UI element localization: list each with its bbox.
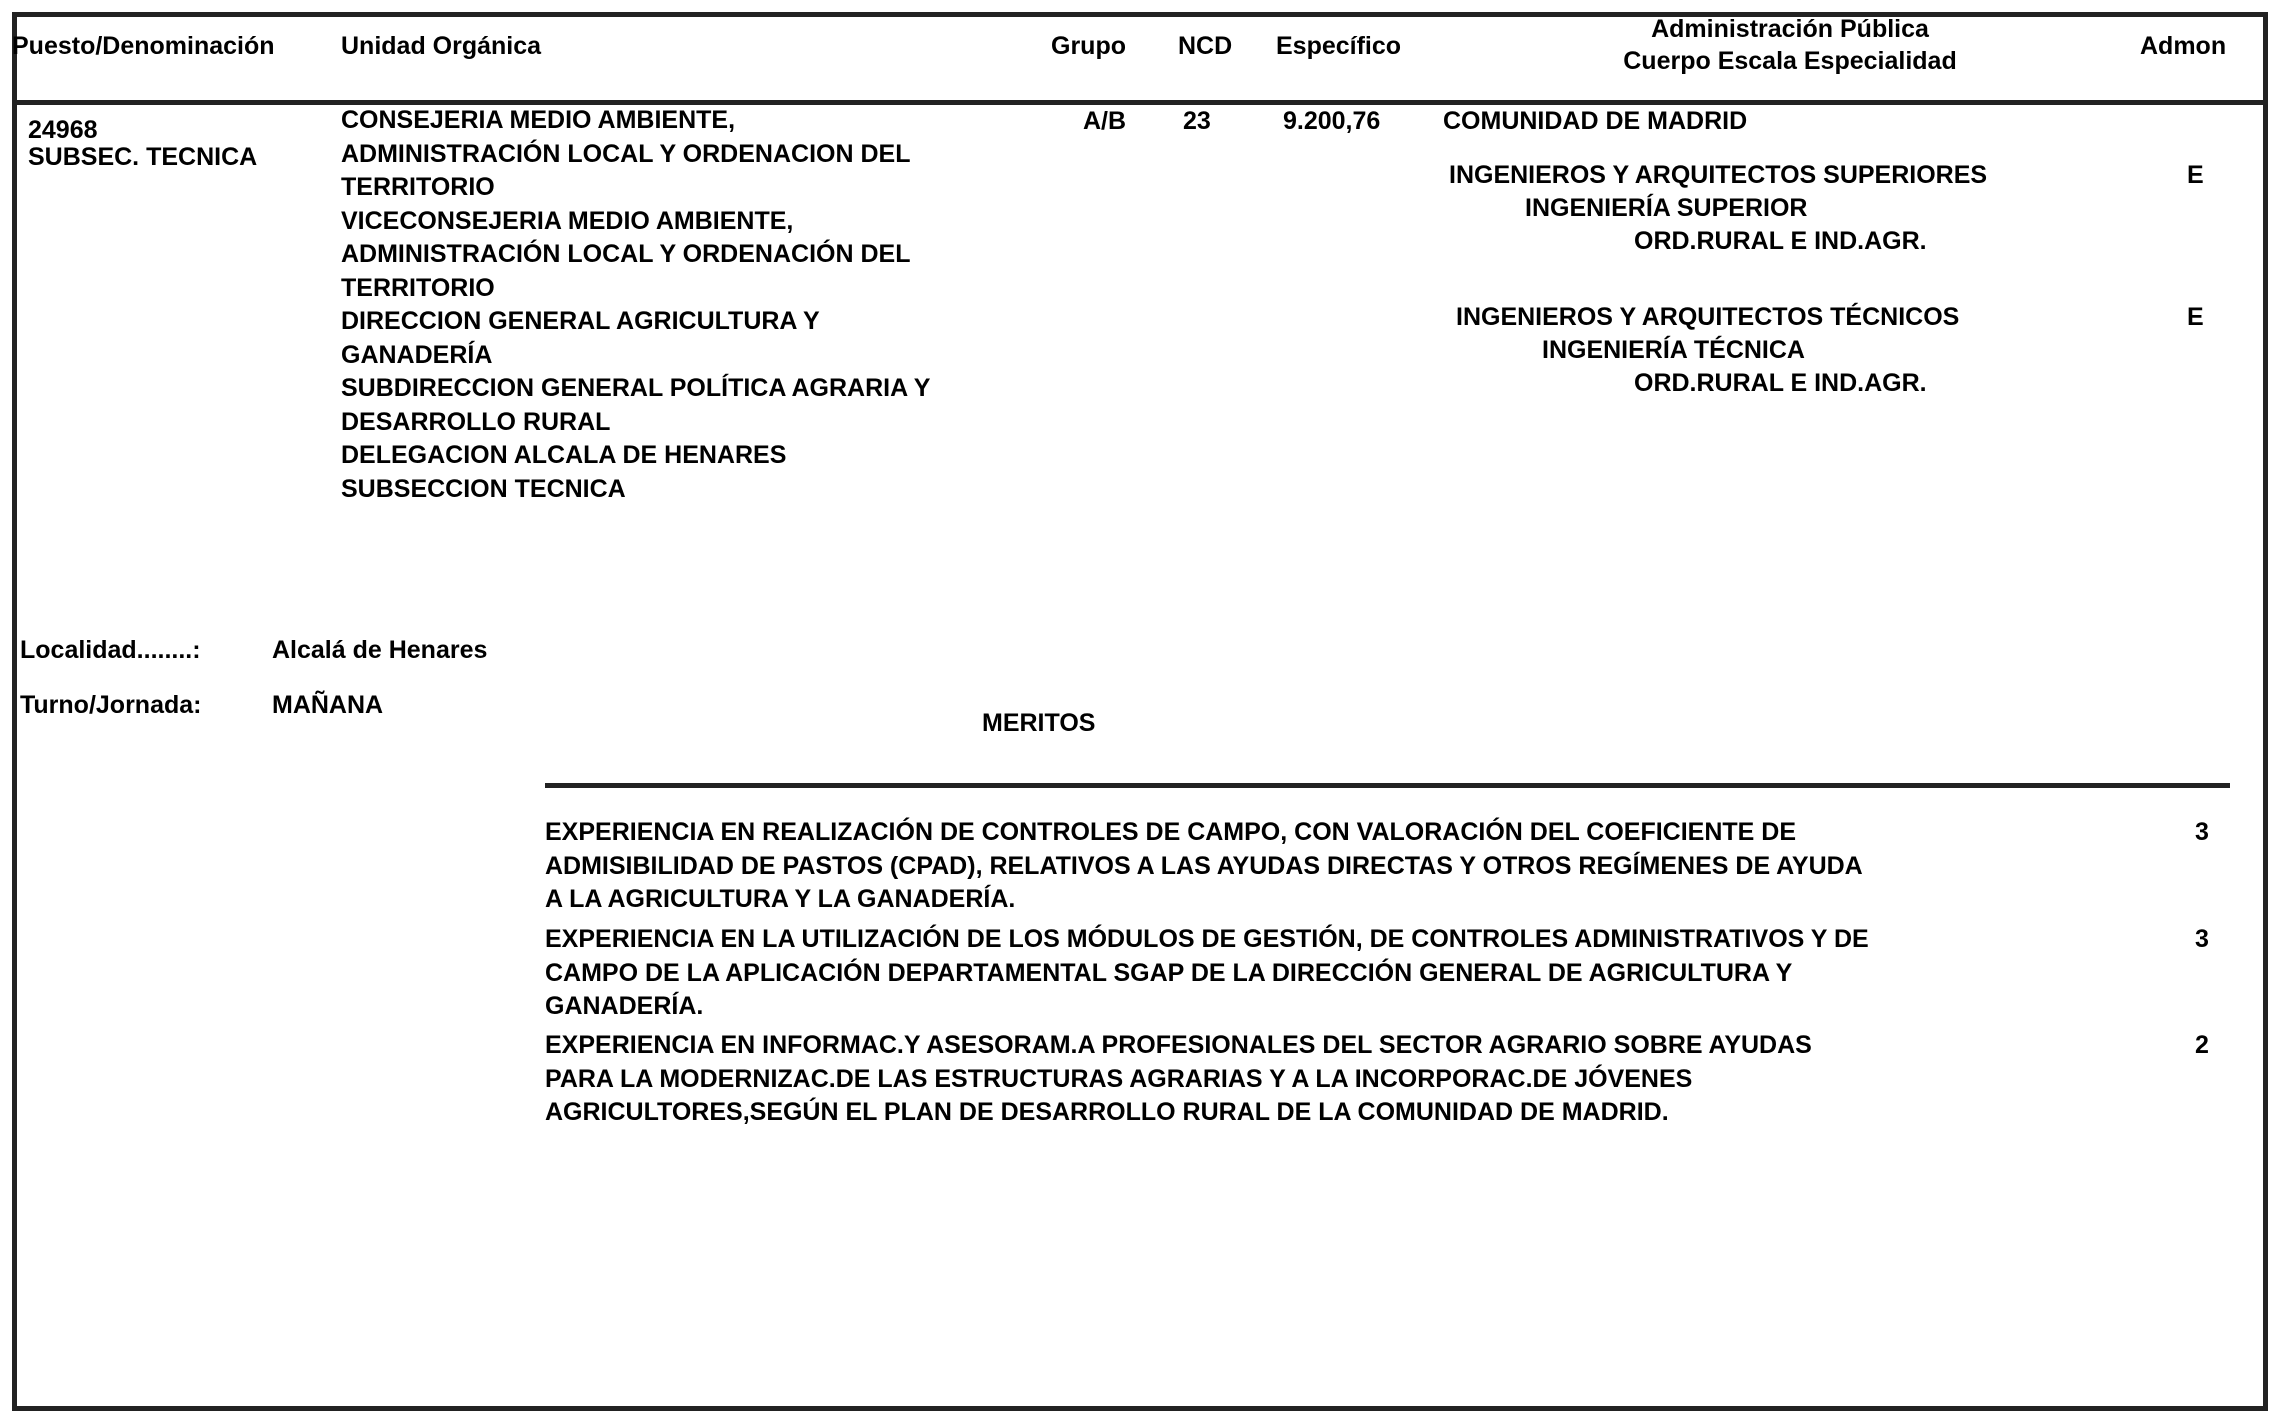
merito-line: GANADERÍA. — [545, 990, 2105, 1024]
header-cuerpo-escala-especialidad: Cuerpo Escala Especialidad — [1540, 49, 2040, 74]
puesto-especifico: 9.200,76 — [1283, 109, 1380, 134]
localidad-value: Alcalá de Henares — [272, 638, 487, 663]
unidad-organica-line: CONSEJERIA MEDIO AMBIENTE, — [341, 104, 930, 138]
header-especifico: Específico — [1276, 34, 1401, 59]
meritos-title: MERITOS — [982, 711, 1095, 736]
meritos-rule — [545, 783, 2230, 788]
merito-line: A LA AGRICULTURA Y LA GANADERÍA. — [545, 883, 2105, 917]
unidad-organica-line: GANADERÍA — [341, 339, 930, 373]
unidad-organica-line: DIRECCION GENERAL AGRICULTURA Y — [341, 305, 930, 339]
merito-line: ADMISIBILIDAD DE PASTOS (CPAD), RELATIVO… — [545, 850, 2105, 884]
merito-puntos: 3 — [2195, 816, 2209, 850]
cuerpo-2-admon: E — [2187, 305, 2204, 330]
merito-line: PARA LA MODERNIZAC.DE LAS ESTRUCTURAS AG… — [545, 1063, 2105, 1097]
turno-value: MAÑANA — [272, 693, 383, 718]
merito-puntos: 2 — [2195, 1029, 2209, 1063]
unidad-organica-line: SUBDIRECCION GENERAL POLÍTICA AGRARIA Y — [341, 372, 930, 406]
cuerpo-2-escala: INGENIERÍA TÉCNICA — [1542, 338, 1805, 363]
cuerpo-2-especialidad: ORD.RURAL E IND.AGR. — [1634, 371, 1927, 396]
header-ncd: NCD — [1178, 34, 1232, 59]
cuerpo-1-especialidad: ORD.RURAL E IND.AGR. — [1634, 229, 1927, 254]
header-puesto: Puesto/Denominación — [12, 34, 275, 59]
unidad-organica-line: ADMINISTRACIÓN LOCAL Y ORDENACIÓN DEL — [341, 238, 930, 272]
merito-item: EXPERIENCIA EN INFORMAC.Y ASESORAM.A PRO… — [545, 1029, 2105, 1130]
merito-item: EXPERIENCIA EN REALIZACIÓN DE CONTROLES … — [545, 816, 2105, 917]
merito-line: CAMPO DE LA APLICACIÓN DEPARTAMENTAL SGA… — [545, 957, 2105, 991]
puesto-ncd: 23 — [1183, 109, 1211, 134]
unidad-organica-line: DELEGACION ALCALA DE HENARES — [341, 439, 930, 473]
header-grupo: Grupo — [1051, 34, 1126, 59]
merito-item: EXPERIENCIA EN LA UTILIZACIÓN DE LOS MÓD… — [545, 923, 2105, 1024]
unidad-organica-line: VICECONSEJERIA MEDIO AMBIENTE, — [341, 205, 930, 239]
cuerpo-1-escala: INGENIERÍA SUPERIOR — [1525, 196, 1807, 221]
turno-label: Turno/Jornada: — [20, 693, 201, 718]
unidad-organica-list: CONSEJERIA MEDIO AMBIENTE, ADMINISTRACIÓ… — [341, 104, 930, 506]
merito-puntos: 3 — [2195, 923, 2209, 957]
merito-line: EXPERIENCIA EN INFORMAC.Y ASESORAM.A PRO… — [545, 1029, 2105, 1063]
header-administracion-publica: Administración Pública — [1540, 17, 2040, 42]
puesto-administracion: COMUNIDAD DE MADRID — [1443, 109, 1747, 134]
unidad-organica-line: TERRITORIO — [341, 272, 930, 306]
puesto-denominacion: SUBSEC. TECNICA — [28, 145, 257, 170]
localidad-label: Localidad........: — [20, 638, 201, 663]
cuerpo-2-nombre: INGENIEROS Y ARQUITECTOS TÉCNICOS — [1456, 305, 1959, 330]
unidad-organica-line: TERRITORIO — [341, 171, 930, 205]
cuerpo-1-admon: E — [2187, 163, 2204, 188]
merito-line: EXPERIENCIA EN REALIZACIÓN DE CONTROLES … — [545, 816, 2105, 850]
header-admon: Admon — [2140, 34, 2226, 59]
merito-line: EXPERIENCIA EN LA UTILIZACIÓN DE LOS MÓD… — [545, 923, 2105, 957]
merito-line: AGRICULTORES,SEGÚN EL PLAN DE DESARROLLO… — [545, 1096, 2105, 1130]
unidad-organica-line: DESARROLLO RURAL — [341, 406, 930, 440]
header-unidad-organica: Unidad Orgánica — [341, 34, 541, 59]
unidad-organica-line: SUBSECCION TECNICA — [341, 473, 930, 507]
unidad-organica-line: ADMINISTRACIÓN LOCAL Y ORDENACION DEL — [341, 138, 930, 172]
puesto-codigo: 24968 — [28, 118, 98, 143]
cuerpo-1-nombre: INGENIEROS Y ARQUITECTOS SUPERIORES — [1449, 163, 1987, 188]
puesto-grupo: A/B — [1083, 109, 1126, 134]
